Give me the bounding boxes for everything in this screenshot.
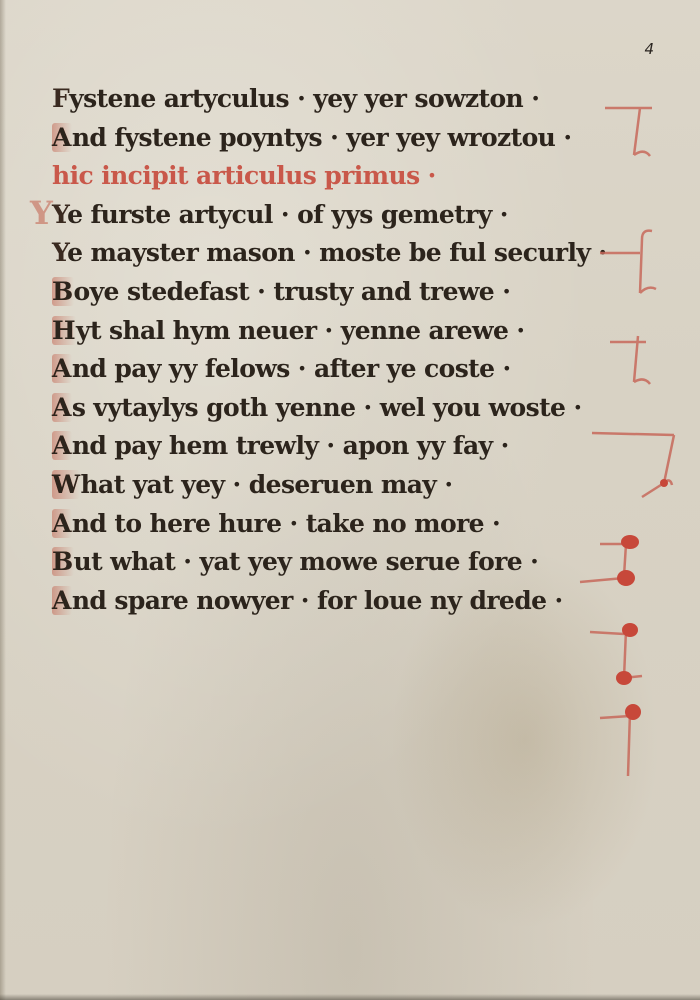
- line-initial: A: [52, 393, 72, 422]
- paraph-bracket-icon: [610, 330, 670, 390]
- margin-bracket-2: [600, 225, 646, 305]
- line-initial: B: [52, 277, 74, 306]
- text-line-9: As vytaylys goth yenne · wel you woste ·: [52, 389, 612, 428]
- line-text: nd pay yy felows · after ye coste ·: [72, 354, 511, 383]
- text-line-13: But what · yat yey mowe serue fore ·: [52, 543, 612, 582]
- line-text: oye stedefast · trusty and trewe ·: [74, 277, 511, 306]
- line-text: ut what · yat yey mowe serue fore ·: [74, 547, 539, 576]
- margin-bracket-1: [600, 100, 646, 160]
- text-line-4: YYe furste artycul · of yys gemetry ·: [52, 196, 612, 235]
- text-line-6: Boye stedefast · trusty and trewe ·: [52, 273, 612, 312]
- folio-number: 4: [644, 40, 654, 58]
- line-text: yt shal hym neuer · yenne arewe ·: [76, 316, 524, 345]
- line-text: e mayster mason · moste be ful securly ·: [67, 238, 606, 267]
- text-block: Fystene artyculus · yey yer sowzton · An…: [52, 80, 612, 620]
- paraph-bracket-icon: [590, 620, 660, 690]
- margin-bracket-3: [610, 330, 656, 390]
- margin-bracket-7: [600, 698, 646, 778]
- manuscript-page: 4 Fystene artyculus · yey yer sowzton · …: [0, 0, 700, 1000]
- line-initial: A: [52, 431, 72, 460]
- line-text: nd fystene poyntys · yer yey wroztou ·: [72, 123, 572, 152]
- line-text: hat yat yey · deseruen may ·: [80, 470, 452, 499]
- decorated-initial: Y: [30, 194, 52, 233]
- paraph-bracket-icon: [592, 425, 682, 505]
- page-bottom-edge: [0, 994, 700, 1000]
- line-initial: B: [52, 547, 74, 576]
- page-left-edge: [0, 0, 6, 1000]
- line-initial: Y: [52, 200, 67, 229]
- margin-bracket-4: [592, 425, 638, 505]
- line-text: nd pay hem trewly · apon yy fay ·: [72, 431, 509, 460]
- text-line-11: What yat yey · deseruen may ·: [52, 466, 612, 505]
- margin-bracket-5: [580, 530, 626, 590]
- margin-bracket-6: [590, 620, 636, 690]
- paraph-bracket-icon: [600, 100, 660, 160]
- line-text: nd spare nowyer · for loue ny drede ·: [72, 586, 563, 615]
- line-initial: F: [52, 84, 69, 113]
- rubric-heading: hic incipit articulus primus ·: [52, 157, 612, 196]
- line-initial: Y: [52, 238, 67, 267]
- paraph-bracket-icon: [600, 225, 660, 305]
- text-line-5: Ye mayster mason · moste be ful securly …: [52, 234, 612, 273]
- line-text: ystene artyculus · yey yer sowzton ·: [69, 84, 539, 113]
- text-line-1: Fystene artyculus · yey yer sowzton ·: [52, 80, 612, 119]
- text-line-2: And fystene poyntys · yer yey wroztou ·: [52, 119, 612, 158]
- text-line-8: And pay yy felows · after ye coste ·: [52, 350, 612, 389]
- line-initial: A: [52, 354, 72, 383]
- text-line-12: And to here hure · take no more ·: [52, 505, 612, 544]
- line-initial: A: [52, 509, 72, 538]
- line-initial: H: [52, 316, 76, 345]
- line-text: e furste artycul · of yys gemetry ·: [67, 200, 508, 229]
- text-line-14: And spare nowyer · for loue ny drede ·: [52, 582, 612, 621]
- line-initial: A: [52, 123, 72, 152]
- paraph-bracket-icon: [580, 530, 650, 590]
- text-line-10: And pay hem trewly · apon yy fay ·: [52, 427, 612, 466]
- paraph-bracket-icon: [600, 698, 660, 778]
- line-initial: W: [52, 470, 80, 499]
- line-initial: A: [52, 586, 72, 615]
- rubric-text: hic incipit articulus primus ·: [52, 161, 436, 190]
- line-text: nd to here hure · take no more ·: [72, 509, 500, 538]
- text-line-7: Hyt shal hym neuer · yenne arewe ·: [52, 312, 612, 351]
- line-text: s vytaylys goth yenne · wel you woste ·: [72, 393, 582, 422]
